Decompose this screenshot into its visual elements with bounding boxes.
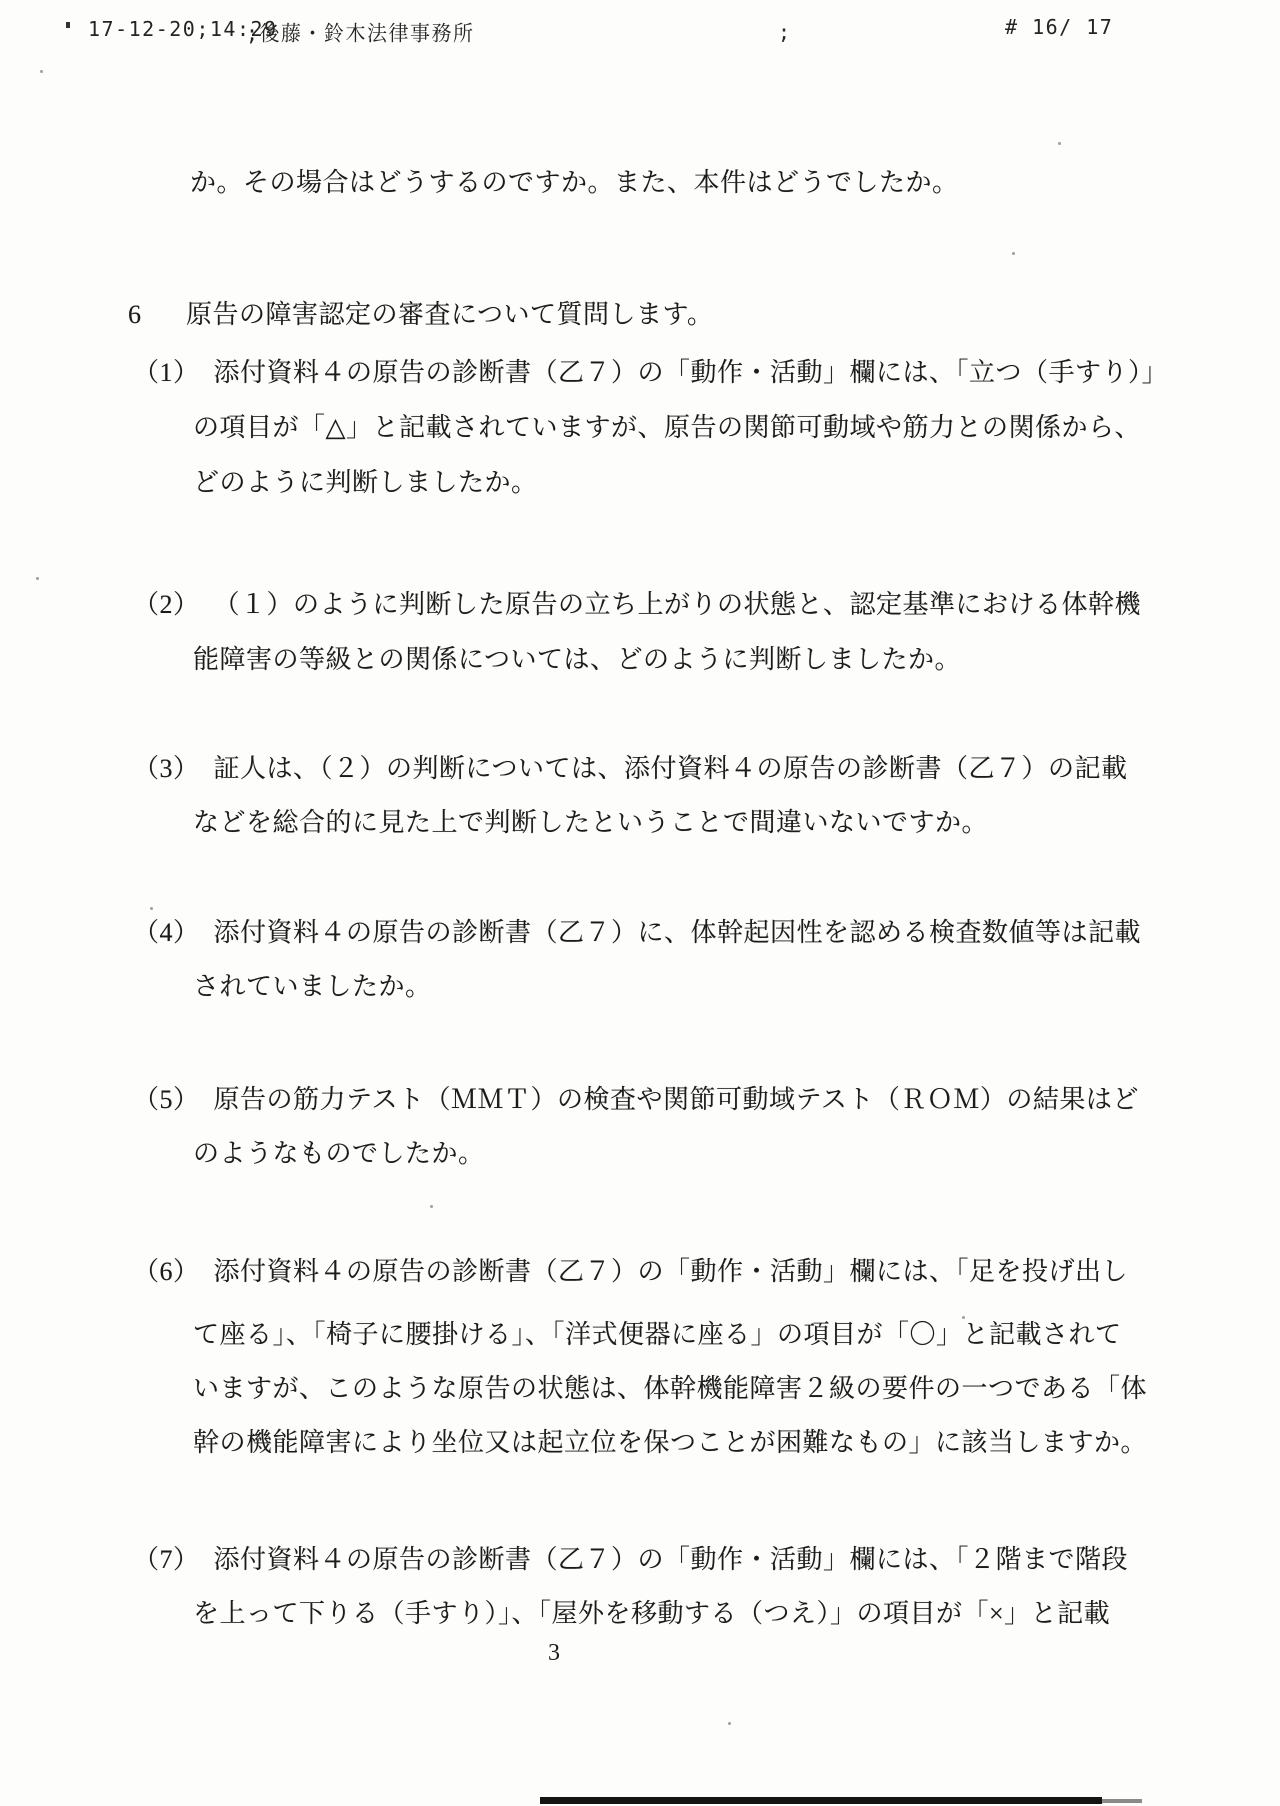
question-text: 証人は、（２）の判断については、添付資料４の原告の診断書（乙７）の記載 <box>214 754 1128 783</box>
question-6-line-3: いますが、このような原告の状態は、体幹機能障害２級の要件の一つである「体 <box>193 1372 1147 1406</box>
question-6-label: （6） <box>133 1255 200 1289</box>
fax-sender: ;後藤・鈴木法律事務所 <box>246 16 475 46</box>
question-text: 添付資料４の原告の診断書（乙７）の「動作・活動」欄には、「２階まで階段 <box>214 1545 1129 1574</box>
scan-speck <box>150 907 153 910</box>
scan-speck <box>962 1316 965 1319</box>
question-text: 原告の筋力テスト（ＭＭＴ）の検査や関節可動域テスト（ＲＯＭ）の結果はど <box>214 1085 1139 1114</box>
scan-speck <box>40 70 43 73</box>
question-1-line-2: の項目が「△」と記載されていますが、原告の関節可動域や筋力との関係から、 <box>193 411 1141 445</box>
scan-speck <box>430 1205 433 1208</box>
question-1-line-3: どのように判断しましたか。 <box>193 466 538 500</box>
question-2-line-2: 能障害の等級との関係については、どのように判断しましたか。 <box>193 643 961 677</box>
question-5-line-2: のようなものでしたか。 <box>193 1137 485 1171</box>
fax-page: 17-12-20;14:29 ;後藤・鈴木法律事務所 ; # 16/ 17 か。… <box>0 0 1280 1806</box>
intro-line: か。その場合はどうするのですか。また、本件はどうでしたか。 <box>190 166 959 200</box>
question-3-line-2: などを総合的に見た上で判断したということで間違いないですか。 <box>193 806 988 840</box>
question-5-label: （5） <box>133 1083 200 1117</box>
section-heading: 6原告の障害認定の審査について質問します。 <box>128 298 713 332</box>
question-6-line-1: （6）添付資料４の原告の診断書（乙７）の「動作・活動」欄には、「足を投げ出し <box>133 1255 1128 1289</box>
question-6-line-2: て座る」、「椅子に腰掛ける」、「洋式便器に座る」の項目が「〇」と記載されて <box>193 1318 1122 1352</box>
scan-speck <box>1058 142 1061 145</box>
question-7-line-2: を上って下りる（手すり）」、「屋外を移動する（つえ）」の項目が「×」と記載 <box>193 1597 1110 1631</box>
question-2-line-1: （2）（１）のように判断した原告の立ち上がりの状態と、認定基準における体幹機 <box>133 588 1141 622</box>
question-3-label: （3） <box>133 752 200 786</box>
fax-separator: ; <box>778 20 792 44</box>
question-1-label: （1） <box>133 356 200 390</box>
scan-speck <box>36 577 39 580</box>
question-4-line-2: されていましたか。 <box>193 970 432 1004</box>
scan-speck <box>728 1722 731 1725</box>
question-5-line-1: （5）原告の筋力テスト（ＭＭＴ）の検査や関節可動域テスト（ＲＯＭ）の結果はど <box>133 1083 1139 1117</box>
scan-speck <box>66 22 70 28</box>
fax-page-counter: # 16/ 17 <box>1005 15 1113 39</box>
question-text: 添付資料４の原告の診断書（乙７）に、体幹起因性を認める検査数値等は記載 <box>214 918 1142 947</box>
section-number: 6 <box>128 298 174 332</box>
question-text: 添付資料４の原告の診断書（乙７）の「動作・活動」欄には、「立つ（手すり）」 <box>214 358 1169 387</box>
question-7-label: （7） <box>133 1543 200 1577</box>
scan-artifact-bar-tail <box>1102 1799 1142 1803</box>
question-7-line-1: （7）添付資料４の原告の診断書（乙７）の「動作・活動」欄には、「２階まで階段 <box>133 1543 1128 1577</box>
question-6-line-4: 幹の機能障害により坐位又は起立位を保つことが困難なもの」に該当しますか。 <box>193 1426 1147 1460</box>
question-4-line-1: （4）添付資料４の原告の診断書（乙７）に、体幹起因性を認める検査数値等は記載 <box>133 916 1141 950</box>
question-text: （１）のように判断した原告の立ち上がりの状態と、認定基準における体幹機 <box>214 590 1142 619</box>
scan-artifact-bar <box>540 1797 1102 1804</box>
question-text: 添付資料４の原告の診断書（乙７）の「動作・活動」欄には、「足を投げ出し <box>214 1257 1129 1286</box>
question-2-label: （2） <box>133 588 200 622</box>
question-4-label: （4） <box>133 916 200 950</box>
scan-speck <box>1012 252 1015 255</box>
question-1-line-1: （1）添付資料４の原告の診断書（乙７）の「動作・活動」欄には、「立つ（手すり）」 <box>133 356 1168 390</box>
page-number: 3 <box>548 1640 560 1667</box>
question-3-line-1: （3）証人は、（２）の判断については、添付資料４の原告の診断書（乙７）の記載 <box>133 752 1128 786</box>
section-heading-text: 原告の障害認定の審査について質問します。 <box>186 300 713 329</box>
